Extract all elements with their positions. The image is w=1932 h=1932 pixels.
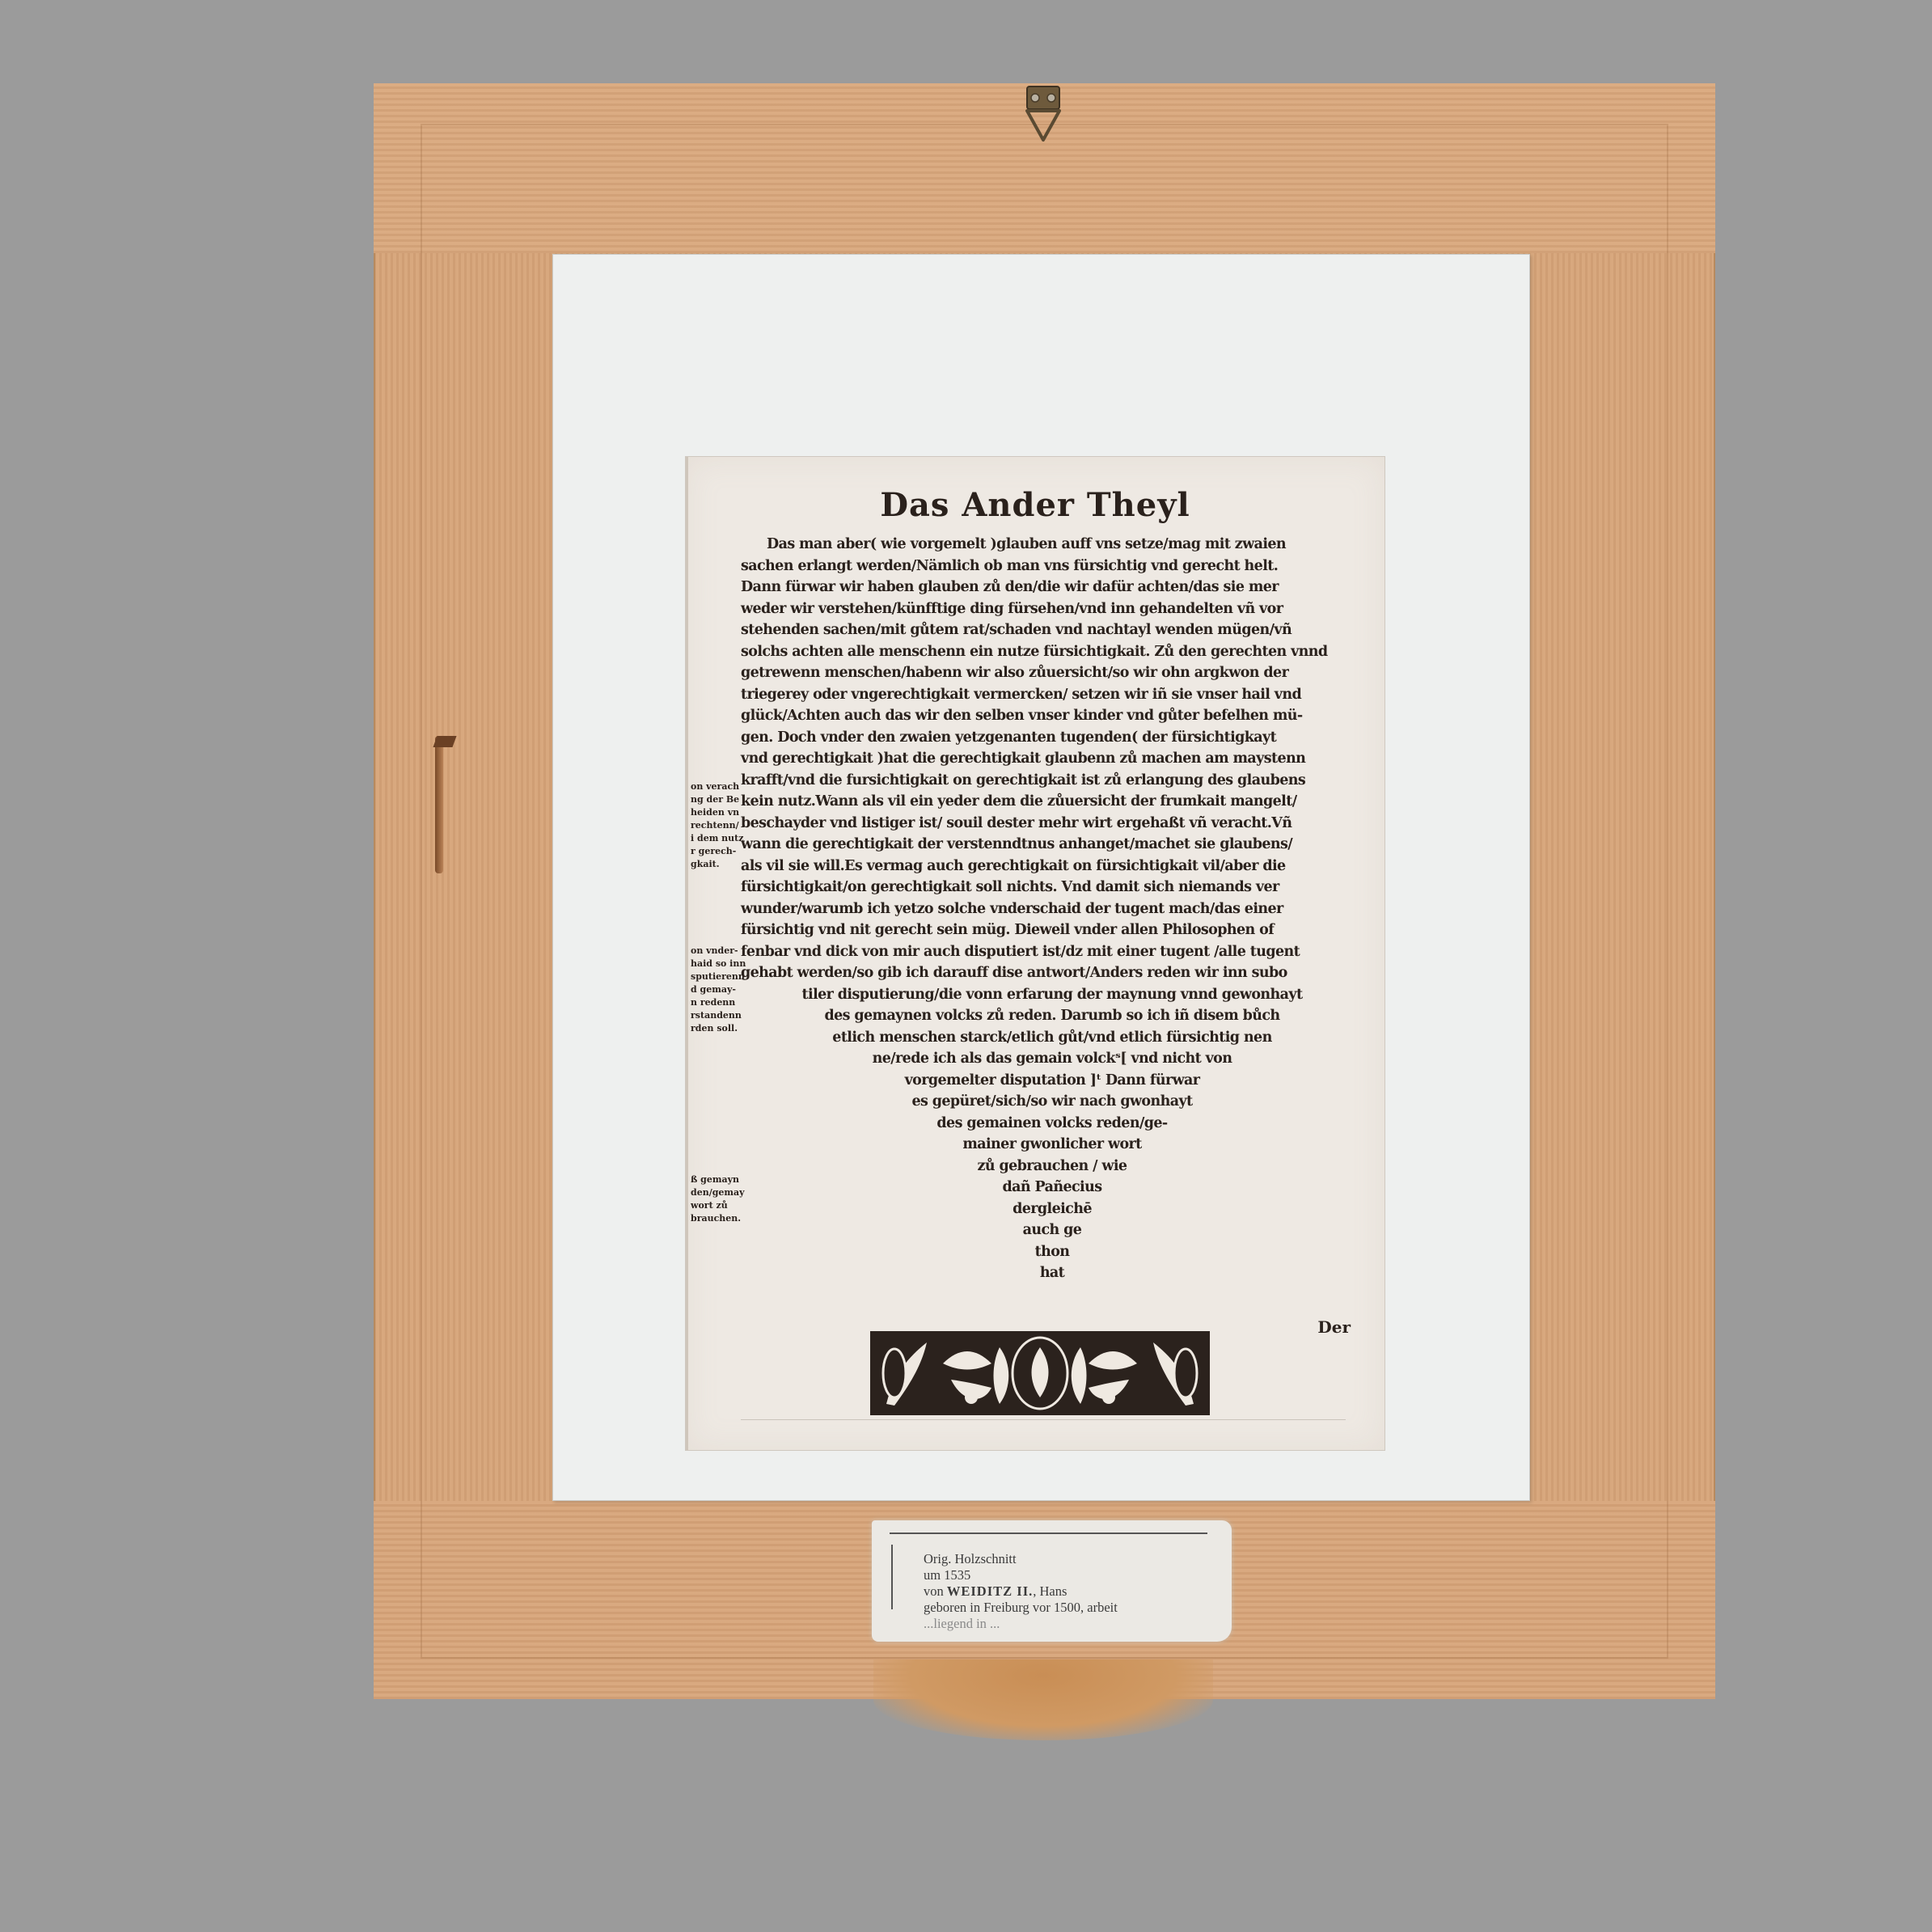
body-text: Das man aber( wie vorgemelt )glauben auf… — [741, 534, 1363, 1284]
label-artist-surname: WEIDITZ II. — [947, 1583, 1033, 1599]
margin-line: den/gemay — [691, 1186, 747, 1199]
plate-mark — [741, 1419, 1346, 1420]
text-line: getrewenn menschen/habenn wir also zůuer… — [741, 662, 1363, 684]
text-line: dergleichē — [741, 1199, 1363, 1220]
margin-line: rechtenn/ — [691, 819, 747, 832]
text-line: wann die gerechtigkait der verstenndtnus… — [741, 834, 1363, 856]
text-line: zů gebrauchen / wie — [741, 1156, 1363, 1177]
label-line-bio: geboren in Freiburg vor 1500, arbeit — [924, 1600, 1118, 1616]
margin-line: brauchen. — [691, 1212, 747, 1225]
margin-line: rden soll. — [691, 1022, 747, 1035]
woodcut-print-page: Das Ander Theyl on verach ng der Be heid… — [686, 457, 1385, 1450]
text-line: sachen erlangt werden/Nämlich ob man vns… — [741, 556, 1363, 577]
label-artist-given: , Hans — [1033, 1583, 1067, 1599]
text-line: tiler disputierung/die vonn erfarung der… — [741, 984, 1363, 1006]
text-line: wunder/warumb ich yetzo solche vnderscha… — [741, 898, 1363, 920]
text-line: mainer gwonlicher wort — [741, 1134, 1363, 1156]
text-line: glück/Achten auch das wir den selben vns… — [741, 705, 1363, 727]
margin-line: ng der Be — [691, 793, 747, 806]
margin-line: d gemay- — [691, 983, 747, 996]
text-line: als vil sie will.Es vermag auch gerechti… — [741, 856, 1363, 877]
text-line: beschayder vnd listiger ist/ souil deste… — [741, 813, 1363, 835]
margin-note-2: on vnder- haid so inn sputierenn d gemay… — [691, 945, 747, 1035]
floral-ornament-icon — [870, 1331, 1210, 1415]
text-line: thon — [741, 1241, 1363, 1263]
margin-line: rstandenn — [691, 1009, 747, 1022]
text-line: etlich menschen starck/etlich gůt/vnd et… — [741, 1027, 1363, 1049]
text-line: des gemaynen volcks zů reden. Darumb so … — [741, 1005, 1363, 1027]
text-line: weder wir verstehen/künfftige ding fürse… — [741, 598, 1363, 620]
page-title: Das Ander Theyl — [686, 486, 1385, 524]
glue-stain — [873, 1659, 1213, 1740]
margin-line: i dem nutz — [691, 832, 747, 845]
text-line: fürsichtigkait/on gerechtigkait soll nic… — [741, 877, 1363, 898]
label-text: Orig. Holzschnitt um 1535 von WEIDITZ II… — [924, 1551, 1118, 1632]
text-line: stehenden sachen/mit gůtem rat/schaden v… — [741, 619, 1363, 641]
text-line: dañ Pañecius — [741, 1177, 1363, 1199]
page-edge — [686, 457, 688, 1450]
label-line-medium: Orig. Holzschnitt — [924, 1551, 1118, 1567]
margin-note-1: on verach ng der Be heiden vn rechtenn/ … — [691, 780, 747, 871]
text-line: solchs achten alle menschenn ein nutze f… — [741, 641, 1363, 663]
catchword: Der — [1317, 1317, 1351, 1337]
margin-line: gkait. — [691, 858, 747, 871]
margin-line: wort zů — [691, 1199, 747, 1212]
label-line-date: um 1535 — [924, 1567, 1118, 1583]
label-rule-left — [891, 1545, 893, 1609]
text-line: ne/rede ich als das gemain volckˢ[ vnd n… — [741, 1048, 1363, 1070]
text-line: kein nutz.Wann als vil ein yeder dem die… — [741, 791, 1363, 813]
margin-line: haid so inn — [691, 958, 747, 970]
hanger-icon — [1021, 83, 1066, 148]
text-line: Dann fürwar wir haben glauben zů den/die… — [741, 577, 1363, 598]
text-line: vnd gerechtigkait )hat die gerechtigkait… — [741, 748, 1363, 770]
text-line: gen. Doch vnder den zwaien yetzgenanten … — [741, 727, 1363, 749]
text-line: Das man aber( wie vorgemelt )glauben auf… — [741, 534, 1363, 556]
margin-line: heiden vn — [691, 806, 747, 819]
text-line: es gepüret/sich/so wir nach gwonhayt — [741, 1091, 1363, 1113]
text-line: triegerey oder vngerechtigkait vermercke… — [741, 684, 1363, 706]
label-line-bio-faded: ...liegend in ... — [924, 1616, 1118, 1632]
paper-tear — [435, 736, 443, 873]
margin-line: on verach — [691, 780, 747, 793]
text-line: auch ge — [741, 1220, 1363, 1241]
margin-line: on vnder- — [691, 945, 747, 958]
margin-note-3: ß gemayn den/gemay wort zů brauchen. — [691, 1173, 747, 1225]
margin-line: sputierenn — [691, 970, 747, 983]
label-von: von — [924, 1583, 944, 1599]
text-line: fürsichtig vnd nit gerecht sein müg. Die… — [741, 919, 1363, 941]
label-line-artist: von WEIDITZ II., Hans — [924, 1583, 1118, 1600]
text-line: des gemainen volcks reden/ge- — [741, 1113, 1363, 1135]
text-line: gehabt werden/so gib ich darauff dise an… — [741, 962, 1363, 984]
margin-line: n redenn — [691, 996, 747, 1009]
margin-line: ß gemayn — [691, 1173, 747, 1186]
text-line: vorgemelter disputation ]ᵗ Dann fürwar — [741, 1070, 1363, 1092]
text-line: krafft/vnd die fursichtigkait on gerecht… — [741, 770, 1363, 792]
label-rule-top — [890, 1532, 1207, 1534]
text-line: fenbar vnd dick von mir auch disputiert … — [741, 941, 1363, 963]
text-line: hat — [741, 1262, 1363, 1284]
provenance-label: Orig. Holzschnitt um 1535 von WEIDITZ II… — [872, 1520, 1232, 1642]
margin-line: r gerech- — [691, 845, 747, 858]
